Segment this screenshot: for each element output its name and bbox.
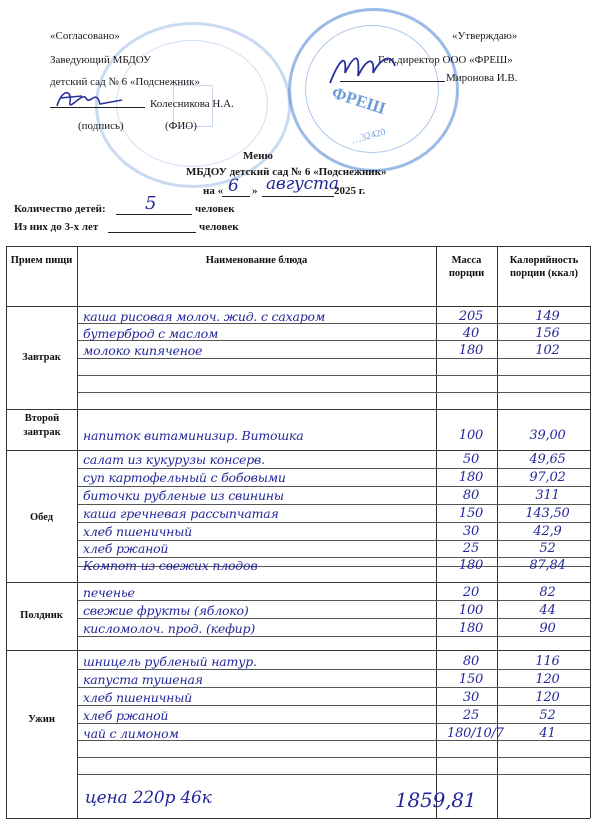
under3-unit: человек <box>199 221 239 233</box>
portion-mass: 100 <box>447 603 495 618</box>
portion-kcal: 42,9 <box>505 524 590 539</box>
name-caption: (ФИО) <box>165 120 197 132</box>
row-divider <box>77 375 590 376</box>
meal-second-breakfast: Второй завтрак <box>14 412 70 440</box>
children-count-value: 5 <box>145 193 156 214</box>
row-divider <box>77 600 590 601</box>
meal-snack: Полдник <box>6 609 77 623</box>
portion-mass: 150 <box>447 672 495 687</box>
dish-name: хлеб пшеничный <box>83 524 192 539</box>
portion-mass: 205 <box>447 309 495 324</box>
dish-name: салат из кукурузы консерв. <box>83 452 265 467</box>
portion-mass: 80 <box>447 488 495 503</box>
portion-kcal: 116 <box>505 654 590 669</box>
agreed-name: Колесникова Н.А. <box>150 98 234 110</box>
row-divider <box>77 669 590 670</box>
company-stamp: ФРЕШ …32420 <box>288 8 459 172</box>
dish-name: хлеб пшеничный <box>83 690 192 705</box>
children-count-label: Количество детей: <box>14 203 106 215</box>
date-month: августа <box>266 174 339 194</box>
dish-name: шницель рубленый натур. <box>83 654 257 669</box>
portion-kcal: 143,50 <box>505 506 590 521</box>
portion-mass: 25 <box>447 541 495 556</box>
dish-name: печенье <box>83 585 135 600</box>
portion-mass: 50 <box>447 452 495 467</box>
portion-kcal: 52 <box>505 541 590 556</box>
portion-mass: 180 <box>447 558 495 573</box>
portion-mass: 100 <box>447 428 495 443</box>
portion-kcal: 44 <box>505 603 590 618</box>
portion-mass: 180/10/7 <box>447 726 495 741</box>
signature-caption: (подпись) <box>78 120 124 132</box>
row-divider <box>77 392 590 393</box>
date-day-line <box>222 196 250 197</box>
portion-kcal: 49,65 <box>505 452 590 467</box>
row-divider <box>77 723 590 724</box>
dish-name: Компот из свежих плодов <box>83 558 257 573</box>
dish-name: свежие фрукты (яблоко) <box>83 603 249 618</box>
portion-kcal: 156 <box>505 326 590 341</box>
approved-name: Миронова И.В. <box>446 72 518 84</box>
row-divider <box>77 486 590 487</box>
header-kcal: Калорийность порции (ккал) <box>500 254 588 280</box>
header-dish: Наименование блюда <box>77 254 436 267</box>
dish-name: биточки рубленые из свинины <box>83 488 284 503</box>
row-divider <box>77 358 590 359</box>
row-divider <box>77 774 590 775</box>
portion-kcal: 120 <box>505 690 590 705</box>
dish-name: каша гречневая рассыпчатая <box>83 506 279 521</box>
dish-name: бутерброд с маслом <box>83 326 218 341</box>
date-prefix: на « <box>203 185 223 197</box>
portion-mass: 20 <box>447 585 495 600</box>
header-meal: Прием пищи <box>6 254 77 267</box>
menu-title: Меню <box>243 150 273 162</box>
header-mass: Масса порции <box>436 254 497 280</box>
date-month-line <box>262 196 334 197</box>
portion-mass: 80 <box>447 654 495 669</box>
row-divider <box>77 757 590 758</box>
approved-signature <box>325 48 405 88</box>
meal-breakfast: Завтрак <box>6 351 77 365</box>
meal-dinner: Ужин <box>6 713 77 727</box>
row-divider <box>77 687 590 688</box>
dish-name: капуста тушеная <box>83 672 203 687</box>
under3-line <box>108 232 196 233</box>
portion-kcal: 102 <box>505 343 590 358</box>
row-divider <box>77 468 590 469</box>
date-mid: » <box>252 185 258 197</box>
approved-title: «Утверждаю» <box>452 30 517 42</box>
dish-name: напиток витаминизир. Витошка <box>83 428 304 443</box>
portion-mass: 180 <box>447 621 495 636</box>
row-divider <box>77 504 590 505</box>
portion-kcal: 311 <box>505 488 590 503</box>
row-divider <box>77 705 590 706</box>
meal-lunch: Обед <box>6 511 77 525</box>
price-note: цена 220р 46к <box>85 788 212 808</box>
total-kcal: 1859,81 <box>395 788 476 812</box>
agreed-position-line1: Заведующий МБДОУ <box>50 54 151 66</box>
portion-mass: 30 <box>447 524 495 539</box>
portion-kcal: 90 <box>505 621 590 636</box>
portion-mass: 40 <box>447 326 495 341</box>
portion-kcal: 120 <box>505 672 590 687</box>
dish-name: кисломолоч. прод. (кефир) <box>83 621 255 636</box>
date-year: 2025 г. <box>334 185 365 197</box>
children-count-unit: человек <box>195 203 235 215</box>
dish-name: хлеб ржаной <box>83 541 168 556</box>
portion-kcal: 149 <box>505 309 590 324</box>
agreed-signature <box>52 84 132 114</box>
portion-mass: 30 <box>447 690 495 705</box>
dish-name: каша рисовая молоч. жид. с сахаром <box>83 309 325 324</box>
children-count-line <box>116 214 192 215</box>
portion-kcal: 97,02 <box>505 470 590 485</box>
dish-name: суп картофельный с бобовыми <box>83 470 286 485</box>
agreed-title: «Согласовано» <box>50 30 120 42</box>
portion-kcal: 41 <box>505 726 590 741</box>
portion-mass: 150 <box>447 506 495 521</box>
portion-kcal: 52 <box>505 708 590 723</box>
portion-kcal: 82 <box>505 585 590 600</box>
dish-name: хлеб ржаной <box>83 708 168 723</box>
portion-mass: 180 <box>447 343 495 358</box>
portion-kcal: 87,84 <box>505 558 590 573</box>
row-divider <box>77 618 590 619</box>
portion-mass: 25 <box>447 708 495 723</box>
portion-mass: 180 <box>447 470 495 485</box>
row-divider <box>77 636 590 637</box>
under3-label: Из них до 3-х лет <box>14 221 98 233</box>
portion-kcal: 39,00 <box>505 428 590 443</box>
dish-name: чай с лимоном <box>83 726 179 741</box>
date-day: 6 <box>228 176 239 196</box>
dish-name: молоко кипяченое <box>83 343 202 358</box>
row-divider <box>77 522 590 523</box>
